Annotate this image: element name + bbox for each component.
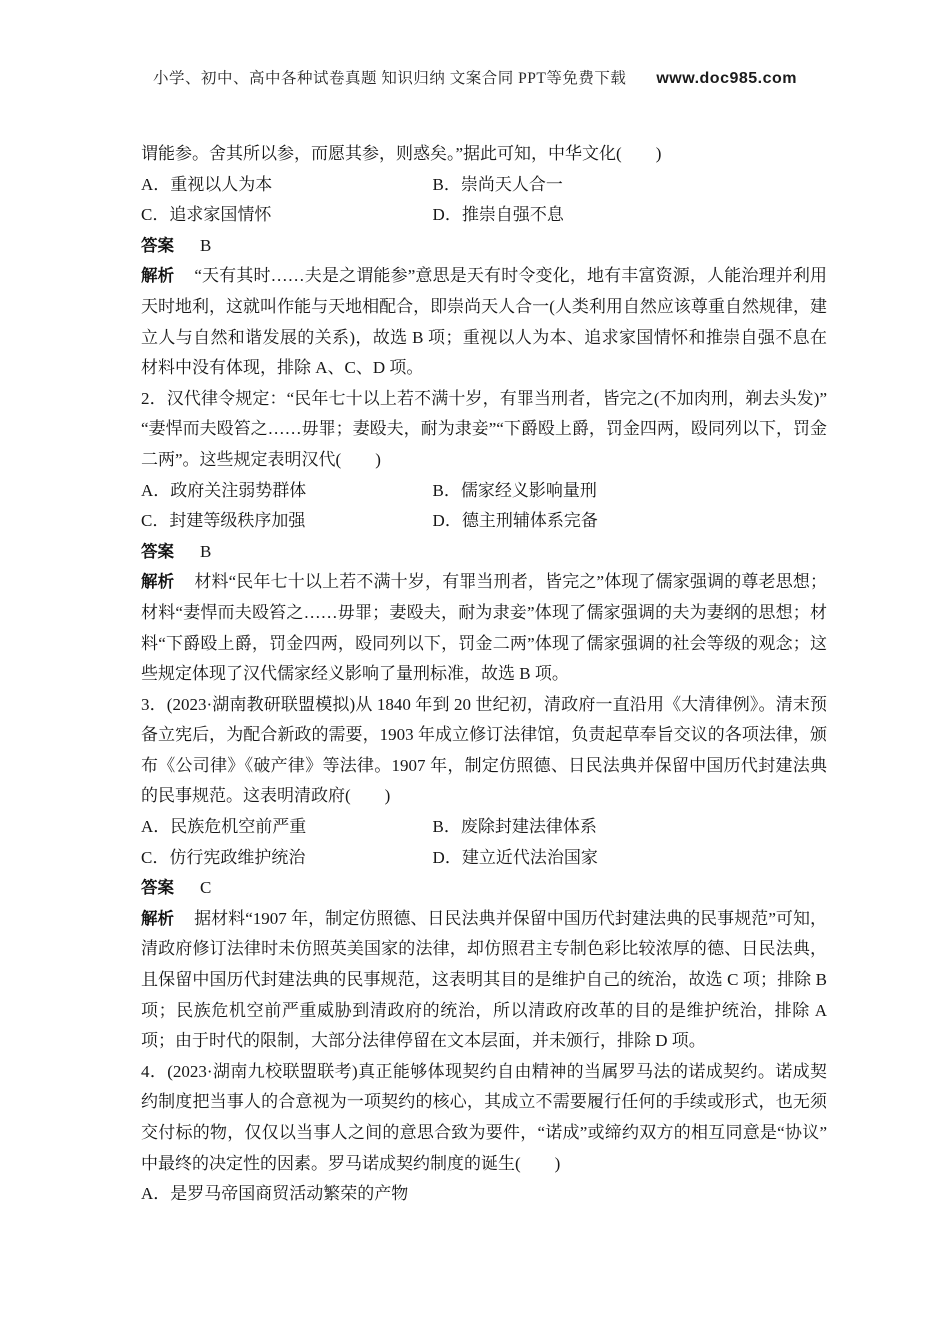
site-url: www.doc985.com — [656, 70, 797, 88]
q2-option-a: A．政府关注弱势群体 — [141, 476, 433, 507]
analysis-label: 解析 — [141, 573, 174, 591]
q3-option-a: A．民族危机空前严重 — [141, 812, 433, 843]
q3-answer-value: C — [200, 878, 211, 897]
q3-answer-line: 答案C — [141, 873, 827, 904]
q1-option-b: B．崇尚天人合一 — [433, 170, 827, 201]
analysis-label: 解析 — [141, 267, 174, 285]
q3-options-row-2: C．仿行宪政维护统治 D．建立近代法治国家 — [141, 843, 827, 874]
q3-option-c: C．仿行宪政维护统治 — [141, 843, 433, 874]
q1-option-d: D．推崇自强不息 — [433, 200, 827, 231]
q3-stem: 3．(2023·湖南教研联盟模拟)从 1840 年到 20 世纪初，清政府一直沿… — [141, 690, 827, 812]
header-tagline: 小学、初中、高中各种试卷真题 知识归纳 文案合同 PPT等免费下载 — [153, 66, 626, 88]
q4-options-row-1: A．是罗马帝国商贸活动繁荣的产物 — [141, 1179, 827, 1210]
answer-label: 答案 — [141, 879, 174, 897]
q1-analysis-text: “天有其时……夫是之谓能参”意思是天有时令变化，地有丰富资源，人能治理并利用天时… — [141, 266, 827, 377]
q3-option-b: B．废除封建法律体系 — [433, 812, 827, 843]
q3-option-d: D．建立近代法治国家 — [433, 843, 827, 874]
q4-option-a: A．是罗马帝国商贸活动繁荣的产物 — [141, 1179, 433, 1210]
q4-stem: 4．(2023·湖南九校联盟联考)真正能够体现契约自由精神的当属罗马法的诺成契约… — [141, 1057, 827, 1179]
q2-analysis-text: 材料“民年七十以上若不满十岁，有罪当刑者，皆完之”体现了儒家强调的尊老思想；材料… — [141, 572, 827, 683]
q1-options-row-1: A．重视以人为本 B．崇尚天人合一 — [141, 170, 827, 201]
q3-analysis-text: 据材料“1907 年，制定仿照德、日民法典并保留中国历代封建法典的民事规范”可知… — [141, 909, 827, 1050]
analysis-label: 解析 — [141, 910, 174, 928]
document-page: 小学、初中、高中各种试卷真题 知识归纳 文案合同 PPT等免费下载 www.do… — [0, 0, 950, 1344]
site-header: 小学、初中、高中各种试卷真题 知识归纳 文案合同 PPT等免费下载 www.do… — [0, 66, 950, 88]
document-body: 谓能参。舍其所以参，而愿其参，则惑矣。”据此可知，中华文化( ) A．重视以人为… — [141, 139, 827, 1210]
q2-options-row-1: A．政府关注弱势群体 B．儒家经义影响量刑 — [141, 476, 827, 507]
q2-stem: 2．汉代律令规定：“民年七十以上若不满十岁，有罪当刑者，皆完之(不加肉刑，剃去头… — [141, 384, 827, 476]
q3-analysis-line: 解析据材料“1907 年，制定仿照德、日民法典并保留中国历代封建法典的民事规范”… — [141, 904, 827, 1057]
q1-options-row-2: C．追求家国情怀 D．推崇自强不息 — [141, 200, 827, 231]
q3-options-row-1: A．民族危机空前严重 B．废除封建法律体系 — [141, 812, 827, 843]
q2-option-d: D．德主刑辅体系完备 — [433, 506, 827, 537]
q1-analysis-line: 解析“天有其时……夫是之谓能参”意思是天有时令变化，地有丰富资源，人能治理并利用… — [141, 261, 827, 383]
q2-options-row-2: C．封建等级秩序加强 D．德主刑辅体系完备 — [141, 506, 827, 537]
q2-analysis-line: 解析材料“民年七十以上若不满十岁，有罪当刑者，皆完之”体现了儒家强调的尊老思想；… — [141, 567, 827, 689]
q1-option-c: C．追求家国情怀 — [141, 200, 433, 231]
q1-answer-line: 答案B — [141, 231, 827, 262]
answer-label: 答案 — [141, 237, 174, 255]
q2-answer-line: 答案B — [141, 537, 827, 568]
answer-label: 答案 — [141, 543, 174, 561]
q1-stem: 谓能参。舍其所以参，而愿其参，则惑矣。”据此可知，中华文化( ) — [141, 139, 827, 170]
q2-option-b: B．儒家经义影响量刑 — [433, 476, 827, 507]
q1-option-a: A．重视以人为本 — [141, 170, 433, 201]
q2-option-c: C．封建等级秩序加强 — [141, 506, 433, 537]
q2-answer-value: B — [200, 542, 211, 561]
q1-answer-value: B — [200, 236, 211, 255]
